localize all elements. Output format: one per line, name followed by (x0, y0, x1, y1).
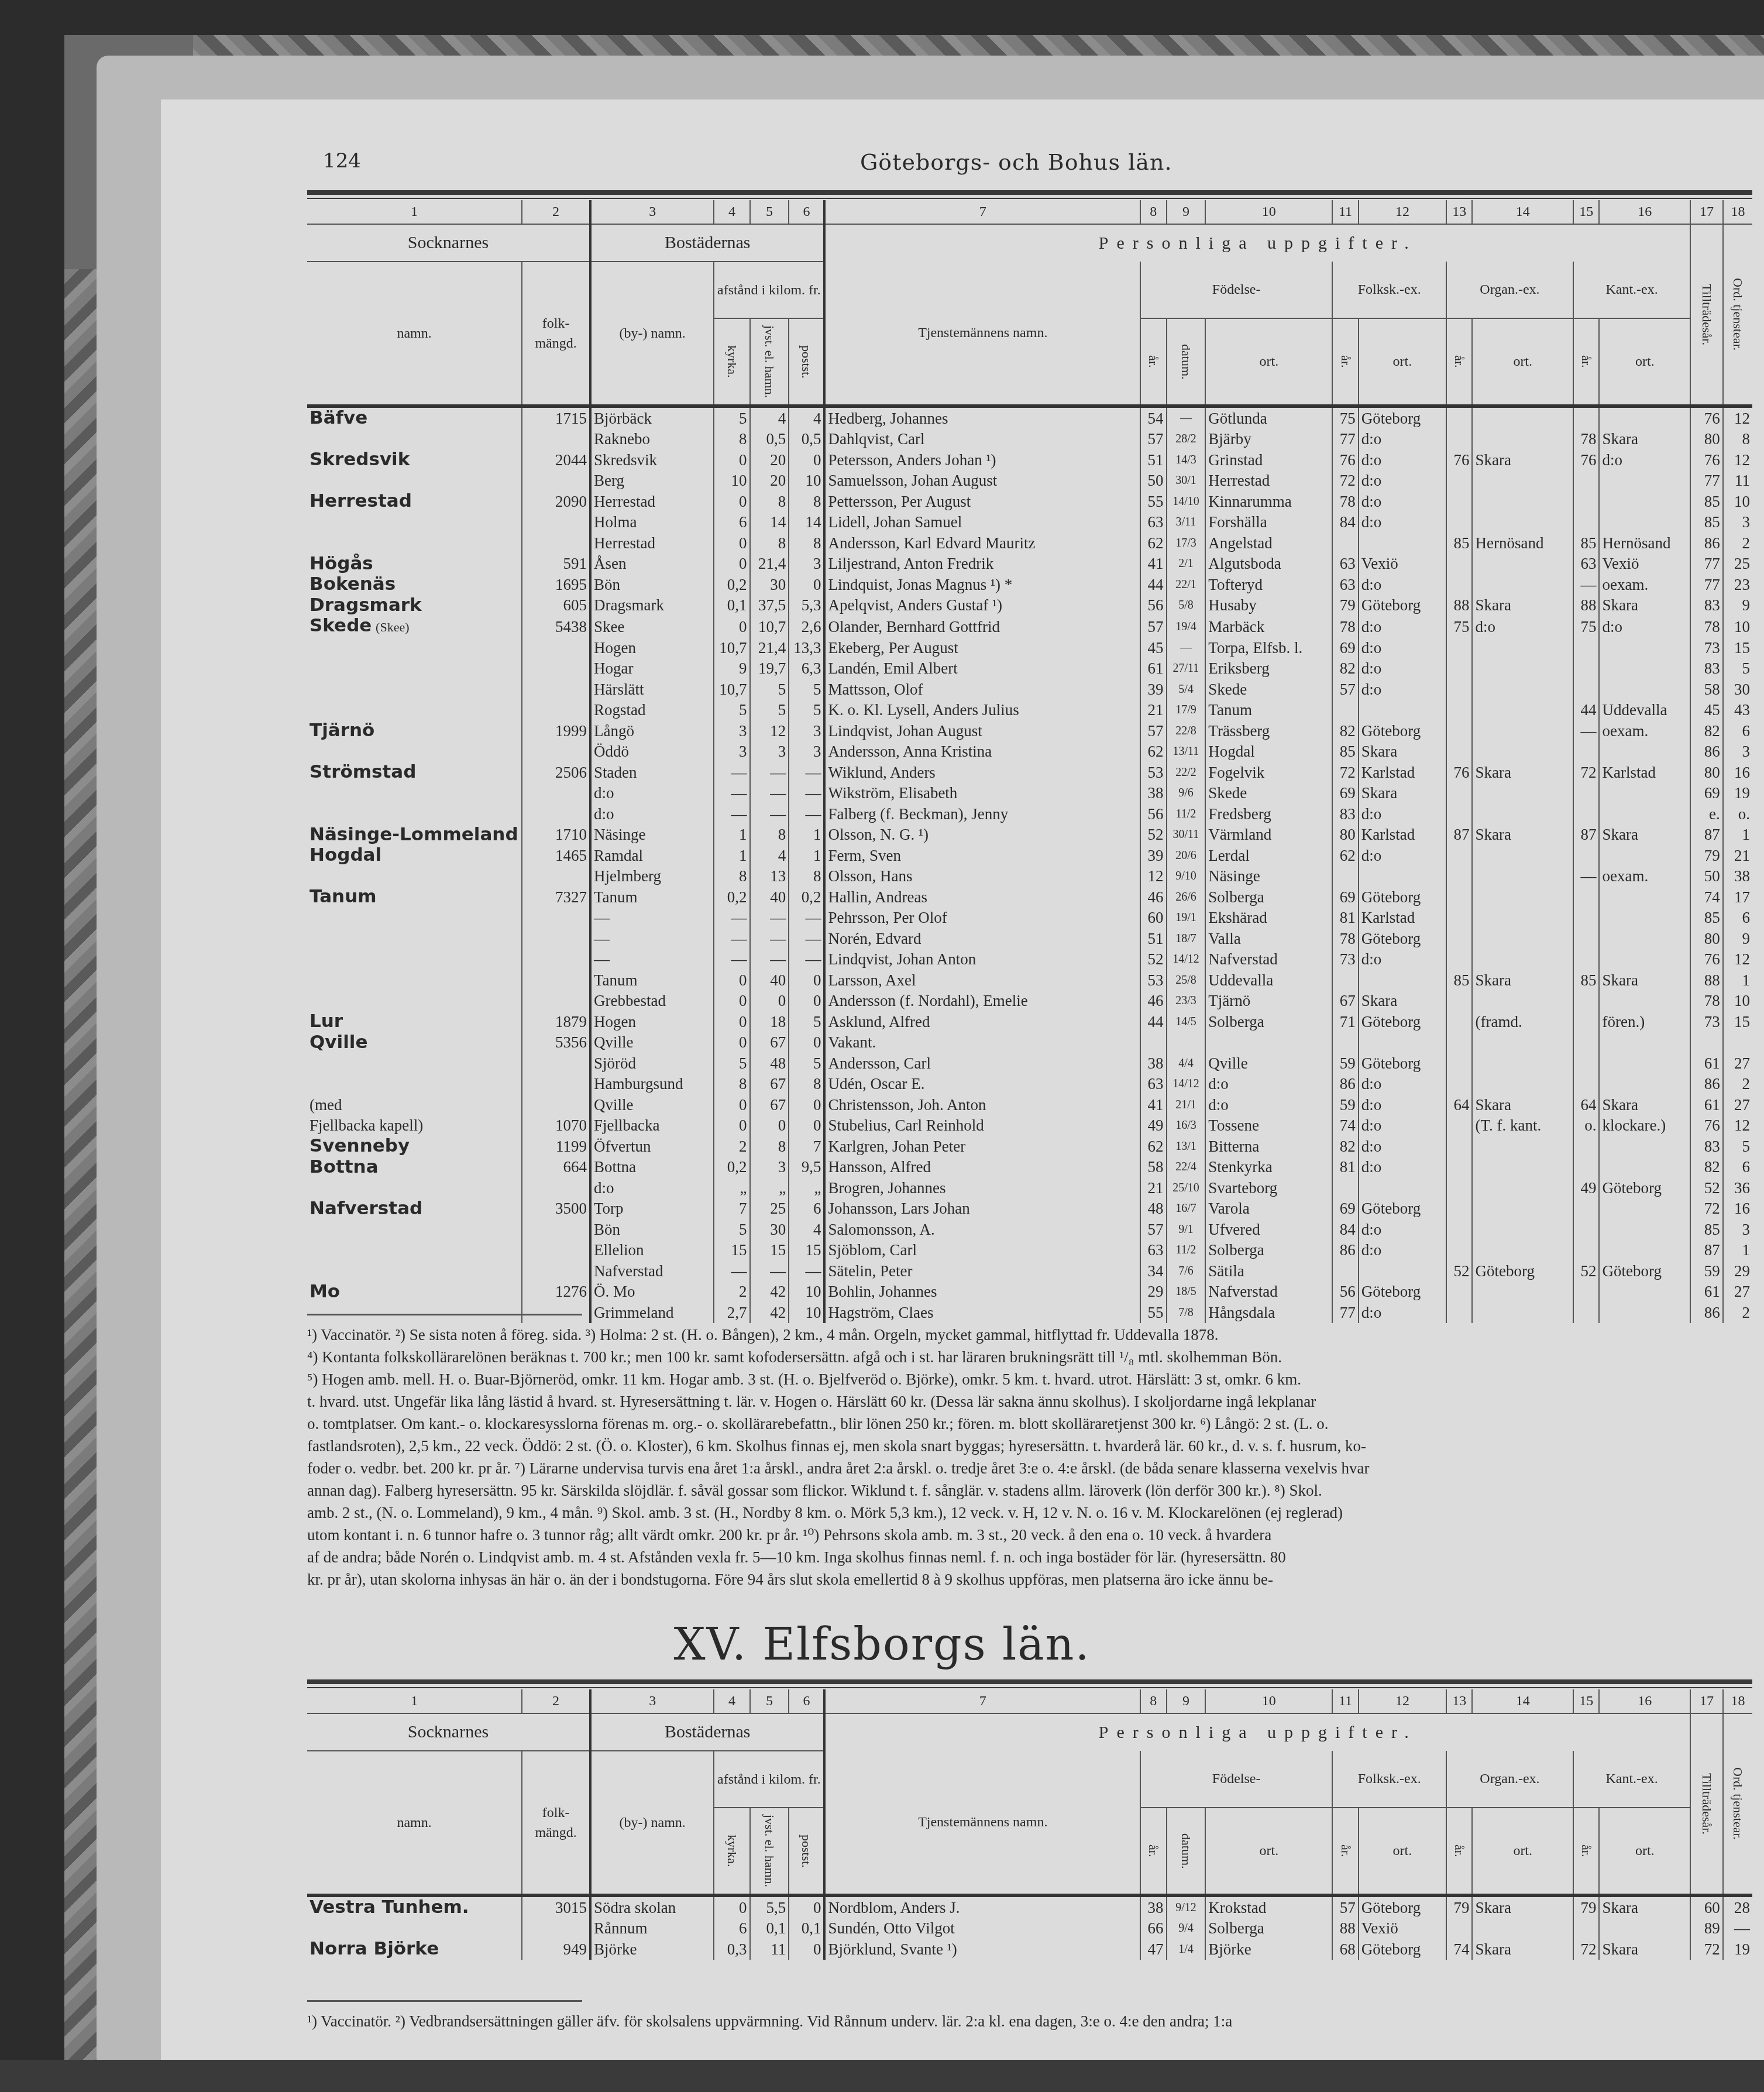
folksk-place: Karlstad (1359, 762, 1446, 783)
service-years: 5 (1723, 658, 1752, 679)
accession-year: 76 (1690, 449, 1723, 470)
birth-date: 9/4 (1167, 1918, 1206, 1939)
service-years: 12 (1723, 406, 1752, 429)
organ-year (1446, 406, 1473, 429)
kant-year (1573, 783, 1600, 804)
population (522, 1094, 590, 1115)
header-organ-ex: Organ.-ex. (1446, 262, 1573, 318)
header-fodelse: Födelse- (1140, 262, 1332, 318)
village-name: Hamburgsund (590, 1074, 714, 1095)
parish-name: Högås (307, 554, 522, 575)
dist-church: — (714, 1260, 749, 1282)
dist-church: 0,2 (714, 574, 749, 595)
birth-date: 22/1 (1167, 574, 1206, 595)
birth-date: 25/10 (1167, 1177, 1206, 1198)
teacher-name: Sätelin, Peter (824, 1260, 1140, 1282)
birth-date: 2/1 (1167, 554, 1206, 575)
folksk-place: Göteborg (1359, 887, 1446, 908)
dist-post: — (789, 783, 824, 804)
dist-rail: „ (750, 1177, 789, 1198)
accession-year: 52 (1690, 1177, 1723, 1198)
dist-post: 3 (789, 720, 824, 741)
table-row: Bäfve1715Björbäck544Hedberg, Johannes54—… (307, 406, 1752, 429)
folksk-place (1359, 866, 1446, 887)
birth-year: 41 (1140, 1094, 1167, 1115)
accession-year: 59 (1690, 1260, 1723, 1282)
header-fodelse-ar-2: år. (1140, 1808, 1167, 1895)
dist-rail: 8 (750, 533, 789, 554)
birth-year: 12 (1140, 866, 1167, 887)
organ-year (1446, 783, 1473, 804)
organ-year (1446, 866, 1473, 887)
organ-place (1472, 574, 1573, 595)
header-folksk-ort: ort. (1359, 318, 1446, 406)
birth-date: 19/4 (1167, 616, 1206, 637)
folksk-year: 74 (1332, 1115, 1359, 1136)
village-name: Grimmeland (590, 1302, 714, 1323)
organ-year: 52 (1446, 1260, 1473, 1282)
table-row: Hamburgsund8678Udén, Oscar E.6314/12d:o8… (307, 1074, 1752, 1095)
birth-year: 47 (1140, 1939, 1167, 1960)
service-years: 27 (1723, 1053, 1752, 1074)
village-name: Staden (590, 762, 714, 783)
column-number: 16 (1599, 200, 1690, 224)
footnote-line: t. hvard. utst. Ungefär lika lång lästid… (307, 1390, 1752, 1413)
parish-name-text: Herrestad (310, 491, 412, 511)
dist-post: — (789, 949, 824, 970)
folksk-year: 78 (1332, 491, 1359, 512)
village-name: Qville (590, 1032, 714, 1053)
birth-year: 39 (1140, 679, 1167, 700)
column-number: 2 (522, 200, 590, 224)
parish-name-text: Qville (310, 1032, 367, 1053)
footnote-line: ⁵) Hogen amb. mell. H. o. Buar-Björneröd… (307, 1368, 1752, 1390)
birth-place: Fogelvik (1205, 762, 1332, 783)
village-name: Sjöröd (590, 1053, 714, 1074)
folksk-year: 82 (1332, 720, 1359, 741)
population (522, 679, 590, 700)
header-fodelse-ort-2: ort. (1205, 1808, 1332, 1895)
group-socknarnes: Socknarnes (307, 224, 590, 262)
village-name: Långö (590, 720, 714, 741)
birth-date: 26/6 (1167, 887, 1206, 908)
village-name: Grebbestad (590, 991, 714, 1012)
header-namn: namn. (307, 262, 522, 406)
dist-post: 0 (789, 1115, 824, 1136)
dist-rail: 3 (750, 1157, 789, 1178)
birth-year: 38 (1140, 1895, 1167, 1918)
dist-post: — (789, 908, 824, 929)
teacher-name: Olsson, Hans (824, 866, 1140, 887)
organ-year (1446, 574, 1473, 595)
table-row: Dragsmark605Dragsmark0,137,55,3Apelqvist… (307, 595, 1752, 616)
header-kant-ex: Kant.-ex. (1573, 262, 1690, 318)
folksk-place: d:o (1359, 574, 1446, 595)
footnote-line: o. tomtplatser. Om kant.- o. klockaresys… (307, 1413, 1752, 1435)
birth-place: Skede (1205, 783, 1332, 804)
organ-year (1446, 429, 1473, 450)
population: 5356 (522, 1032, 590, 1053)
accession-year: 85 (1690, 908, 1723, 929)
birth-place: Kinnarumma (1205, 491, 1332, 512)
organ-place (1472, 429, 1573, 450)
column-number: 1 (307, 1689, 522, 1713)
folksk-place: Karlstad (1359, 908, 1446, 929)
accession-year: 89 (1690, 1918, 1723, 1939)
organ-year (1446, 949, 1473, 970)
birth-year: 57 (1140, 720, 1167, 741)
table-row: Tanum0400Larsson, Axel5325/8Uddevalla85S… (307, 970, 1752, 991)
teacher-name: Landén, Emil Albert (824, 658, 1140, 679)
organ-year: 85 (1446, 970, 1473, 991)
birth-year: 57 (1140, 429, 1167, 450)
accession-year: 76 (1690, 949, 1723, 970)
kant-place: Skara (1599, 1939, 1690, 1960)
population: 605 (522, 595, 590, 616)
organ-year (1446, 658, 1473, 679)
dist-rail: 0,1 (750, 1918, 789, 1939)
parish-name-text: Skredsvik (310, 449, 410, 470)
folksk-year: 72 (1332, 762, 1359, 783)
kant-year: 64 (1573, 1094, 1600, 1115)
accession-year: 77 (1690, 574, 1723, 595)
village-name: Öddö (590, 741, 714, 762)
service-years: 27 (1723, 1282, 1752, 1303)
dist-church: 5 (714, 1219, 749, 1240)
folksk-place: Skara (1359, 783, 1446, 804)
kant-place (1599, 1032, 1690, 1053)
table-row: d:o———Wikström, Elisabeth389/6Skede69Ska… (307, 783, 1752, 804)
population (522, 803, 590, 825)
kant-place (1599, 783, 1690, 804)
birth-date: 22/4 (1167, 1157, 1206, 1178)
dist-post: 4 (789, 406, 824, 429)
parish-name: Skredsvik (307, 449, 522, 470)
service-years: 17 (1723, 887, 1752, 908)
column-number: 7 (824, 200, 1140, 224)
population: 2506 (522, 762, 590, 783)
accession-year: e. (1690, 803, 1723, 825)
dist-church: 0 (714, 491, 749, 512)
village-name: Näsinge (590, 825, 714, 846)
dist-post: „ (789, 1177, 824, 1198)
organ-place (1472, 949, 1573, 970)
dist-rail: 37,5 (750, 595, 789, 616)
organ-place: Skara (1472, 1895, 1573, 1918)
organ-place (1472, 783, 1573, 804)
birth-date: 13/1 (1167, 1136, 1206, 1157)
service-years: 6 (1723, 1157, 1752, 1178)
dist-post: 0 (789, 1094, 824, 1115)
dist-post: 0 (789, 574, 824, 595)
village-name: Skee (590, 616, 714, 637)
population: 1199 (522, 1136, 590, 1157)
population (522, 512, 590, 533)
dist-church: „ (714, 1177, 749, 1198)
teacher-name: Andersson, Carl (824, 1053, 1140, 1074)
population: 1710 (522, 825, 590, 846)
kant-place (1599, 1198, 1690, 1220)
kant-place (1599, 1053, 1690, 1074)
birth-place: Nafverstad (1205, 949, 1332, 970)
kant-year: o. (1573, 1115, 1600, 1136)
kant-place (1599, 637, 1690, 658)
accession-year: 85 (1690, 1219, 1723, 1240)
population: 1715 (522, 406, 590, 429)
header-organ-ar: år. (1446, 318, 1473, 406)
organ-year (1446, 1918, 1473, 1939)
parish-name (307, 928, 522, 949)
parish-name-text: Lur (310, 1011, 343, 1032)
organ-place (1472, 1918, 1573, 1939)
birth-date (1167, 1032, 1206, 1053)
dist-post: 2,6 (789, 616, 824, 637)
folksk-year: 78 (1332, 616, 1359, 637)
birth-place: Tossene (1205, 1115, 1332, 1136)
header-afstand: afstånd i kilom. fr. (714, 262, 824, 318)
organ-year (1446, 887, 1473, 908)
kant-place: d:o (1599, 449, 1690, 470)
teacher-name: Hedberg, Johannes (824, 406, 1140, 429)
village-name: Åsen (590, 554, 714, 575)
teacher-name: Asklund, Alfred (824, 1011, 1140, 1032)
table-row: Skede (Skee)5438Skee010,72,6Olander, Ber… (307, 616, 1752, 637)
organ-place (1472, 1136, 1573, 1157)
folksk-place (1359, 970, 1446, 991)
column-number: 4 (714, 1689, 749, 1713)
organ-place (1472, 866, 1573, 887)
teacher-name: Samuelsson, Johan August (824, 470, 1140, 492)
accession-year: 83 (1690, 595, 1723, 616)
parish-name (307, 679, 522, 700)
organ-place: Skara (1472, 595, 1573, 616)
village-name: d:o (590, 803, 714, 825)
table-row: Raknebo80,50,5Dahlqvist, Carl5728/2Bjärb… (307, 429, 1752, 450)
organ-place: (framd. (1472, 1011, 1573, 1032)
header-organ-ex-2: Organ.-ex. (1446, 1751, 1573, 1808)
teacher-name: Bohlin, Johannes (824, 1282, 1140, 1303)
table-row: Bottna664Bottna0,239,5Hansson, Alfred582… (307, 1157, 1752, 1178)
dist-post: — (789, 1260, 824, 1282)
teacher-name: Petersson, Anders Johan ¹) (824, 449, 1140, 470)
kant-year: 44 (1573, 700, 1600, 721)
birth-year: 61 (1140, 658, 1167, 679)
group-bostadernas-2: Bostädernas (590, 1713, 825, 1751)
population: 5438 (522, 616, 590, 637)
kant-year: — (1573, 574, 1600, 595)
column-number: 6 (789, 200, 824, 224)
accession-year: 86 (1690, 1074, 1723, 1095)
accession-year: 80 (1690, 429, 1723, 450)
kant-place: Skara (1599, 1895, 1690, 1918)
kant-year (1573, 1240, 1600, 1261)
column-number-row: 123456789101112131415161718 (307, 200, 1752, 224)
birth-place: Solberga (1205, 1918, 1332, 1939)
dist-rail: 42 (750, 1282, 789, 1303)
table-top-rule (307, 190, 1752, 195)
kant-place (1599, 658, 1690, 679)
dist-rail: 20 (750, 470, 789, 492)
teacher-name: Andersson, Anna Kristina (824, 741, 1140, 762)
dist-post: 0,5 (789, 429, 824, 450)
village-name: d:o (590, 783, 714, 804)
organ-place: Skara (1472, 762, 1573, 783)
teacher-name: Ekeberg, Per August (824, 637, 1140, 658)
service-years: 2 (1723, 533, 1752, 554)
dist-rail: 67 (750, 1074, 789, 1095)
folksk-place: d:o (1359, 449, 1446, 470)
kant-place: fören.) (1599, 1011, 1690, 1032)
parish-name-text: Högås (310, 554, 373, 574)
folksk-year: 76 (1332, 449, 1359, 470)
birth-year: 62 (1140, 533, 1167, 554)
dist-church: 3 (714, 720, 749, 741)
organ-year (1446, 1240, 1473, 1261)
header-namn-2: namn. (307, 1751, 522, 1895)
dist-post: 0 (789, 991, 824, 1012)
dist-church: 10,7 (714, 679, 749, 700)
birth-year: 60 (1140, 908, 1167, 929)
table-row: Bokenäs1695Bön0,2300Lindquist, Jonas Mag… (307, 574, 1752, 595)
birth-year: 45 (1140, 637, 1167, 658)
population (522, 991, 590, 1012)
parish-name-text: (med (310, 1096, 342, 1114)
birth-year: 57 (1140, 1219, 1167, 1240)
organ-year (1446, 908, 1473, 929)
dist-church: 0,2 (714, 1157, 749, 1178)
folksk-place: Göteborg (1359, 406, 1446, 429)
population: 1999 (522, 720, 590, 741)
folksk-place: d:o (1359, 1302, 1446, 1323)
dist-church: 0 (714, 449, 749, 470)
dist-post: 5,3 (789, 595, 824, 616)
kant-place (1599, 406, 1690, 429)
column-number: 8 (1140, 1689, 1167, 1713)
dist-post: 0 (789, 970, 824, 991)
birth-date: 3/11 (1167, 512, 1206, 533)
birth-year: 58 (1140, 1157, 1167, 1178)
header-kant-ar-2: år. (1573, 1808, 1600, 1895)
folksk-year (1332, 533, 1359, 554)
folksk-year: 73 (1332, 949, 1359, 970)
folksk-year: 69 (1332, 1198, 1359, 1220)
parish-name: Lur (307, 1011, 522, 1032)
dist-post: 10 (789, 1302, 824, 1323)
column-number: 10 (1205, 200, 1332, 224)
parish-name-text: Norra Björke (310, 1939, 439, 1959)
dist-rail: 30 (750, 1219, 789, 1240)
organ-place: Skara (1472, 1094, 1573, 1115)
organ-place: d:o (1472, 616, 1573, 637)
table-row: Tjärnö1999Långö3123Lindqvist, Johan Augu… (307, 720, 1752, 741)
parish-name-text: Bokenäs (310, 574, 396, 595)
table-row: Hogdal1465Ramdal141Ferm, Sven3920/6Lerda… (307, 845, 1752, 866)
folksk-year (1332, 1177, 1359, 1198)
birth-date: 14/12 (1167, 949, 1206, 970)
kant-year: 87 (1573, 825, 1600, 846)
birth-place: Grinstad (1205, 449, 1332, 470)
parish-name (307, 991, 522, 1012)
column-number: 12 (1359, 1689, 1446, 1713)
organ-year (1446, 470, 1473, 492)
dist-church: 0,2 (714, 887, 749, 908)
accession-year: 86 (1690, 741, 1723, 762)
birth-place: Krokstad (1205, 1895, 1332, 1918)
birth-place: Forshälla (1205, 512, 1332, 533)
kant-year (1573, 491, 1600, 512)
header-folksk-ex-2: Folksk.-ex. (1332, 1751, 1446, 1808)
table-row: Norra Björke949Björke0,3110Björklund, Sv… (307, 1939, 1752, 1960)
column-number: 13 (1446, 200, 1473, 224)
teacher-name: Olander, Bernhard Gottfrid (824, 616, 1140, 637)
table-row: (medQville0670Christensson, Joh. Anton41… (307, 1094, 1752, 1115)
birth-place: Hogdal (1205, 741, 1332, 762)
organ-year: 87 (1446, 825, 1473, 846)
organ-year (1446, 928, 1473, 949)
dist-church: 6 (714, 1918, 749, 1939)
folksk-year: 67 (1332, 991, 1359, 1012)
dist-rail: 8 (750, 491, 789, 512)
dist-church: 0 (714, 991, 749, 1012)
organ-year (1446, 1282, 1473, 1303)
accession-year: 61 (1690, 1282, 1723, 1303)
folksk-place: Skara (1359, 741, 1446, 762)
teacher-name: Olsson, N. G. ¹) (824, 825, 1140, 846)
folksk-place: Göteborg (1359, 928, 1446, 949)
birth-place: d:o (1205, 1094, 1332, 1115)
dist-post: 0 (789, 1032, 824, 1053)
teacher-name: Norén, Edvard (824, 928, 1140, 949)
parish-name: Qville (307, 1032, 522, 1053)
organ-year (1446, 1053, 1473, 1074)
teacher-name: Wikström, Elisabeth (824, 783, 1140, 804)
kant-place (1599, 887, 1690, 908)
dist-post: 0 (789, 1939, 824, 1960)
dist-post: 14 (789, 512, 824, 533)
parish-name (307, 470, 522, 492)
dist-church: 9 (714, 658, 749, 679)
folksk-year: 80 (1332, 825, 1359, 846)
birth-place: Qville (1205, 1053, 1332, 1074)
column-number: 6 (789, 1689, 824, 1713)
parish-name (307, 1240, 522, 1261)
service-years: 11 (1723, 470, 1752, 492)
table-row: Herrestad088Andersson, Karl Edvard Mauri… (307, 533, 1752, 554)
parish-name: Dragsmark (307, 595, 522, 616)
accession-year: 45 (1690, 700, 1723, 721)
organ-place: (T. f. kant. (1472, 1115, 1573, 1136)
header-fodelse-2: Födelse- (1140, 1751, 1332, 1808)
folksk-year: 81 (1332, 1157, 1359, 1178)
organ-place (1472, 887, 1573, 908)
birth-place: Uddevalla (1205, 970, 1332, 991)
teacher-name: Lidell, Johan Samuel (824, 512, 1140, 533)
parish-name: Tanum (307, 887, 522, 908)
kant-year: 78 (1573, 429, 1600, 450)
table-row: Härslätt10,755Mattsson, Olof395/4Skede57… (307, 679, 1752, 700)
organ-year: 88 (1446, 595, 1473, 616)
birth-year: 55 (1140, 491, 1167, 512)
population: 3500 (522, 1198, 590, 1220)
dist-rail: 12 (750, 720, 789, 741)
population: 3015 (522, 1895, 590, 1918)
birth-place: Ekshärad (1205, 908, 1332, 929)
organ-place (1472, 512, 1573, 533)
goteborg-table-body: Bäfve1715Björbäck544Hedberg, Johannes54—… (307, 406, 1752, 1323)
teacher-name: Nordblom, Anders J. (824, 1895, 1140, 1918)
dist-rail: 18 (750, 1011, 789, 1032)
kant-year (1573, 1157, 1600, 1178)
